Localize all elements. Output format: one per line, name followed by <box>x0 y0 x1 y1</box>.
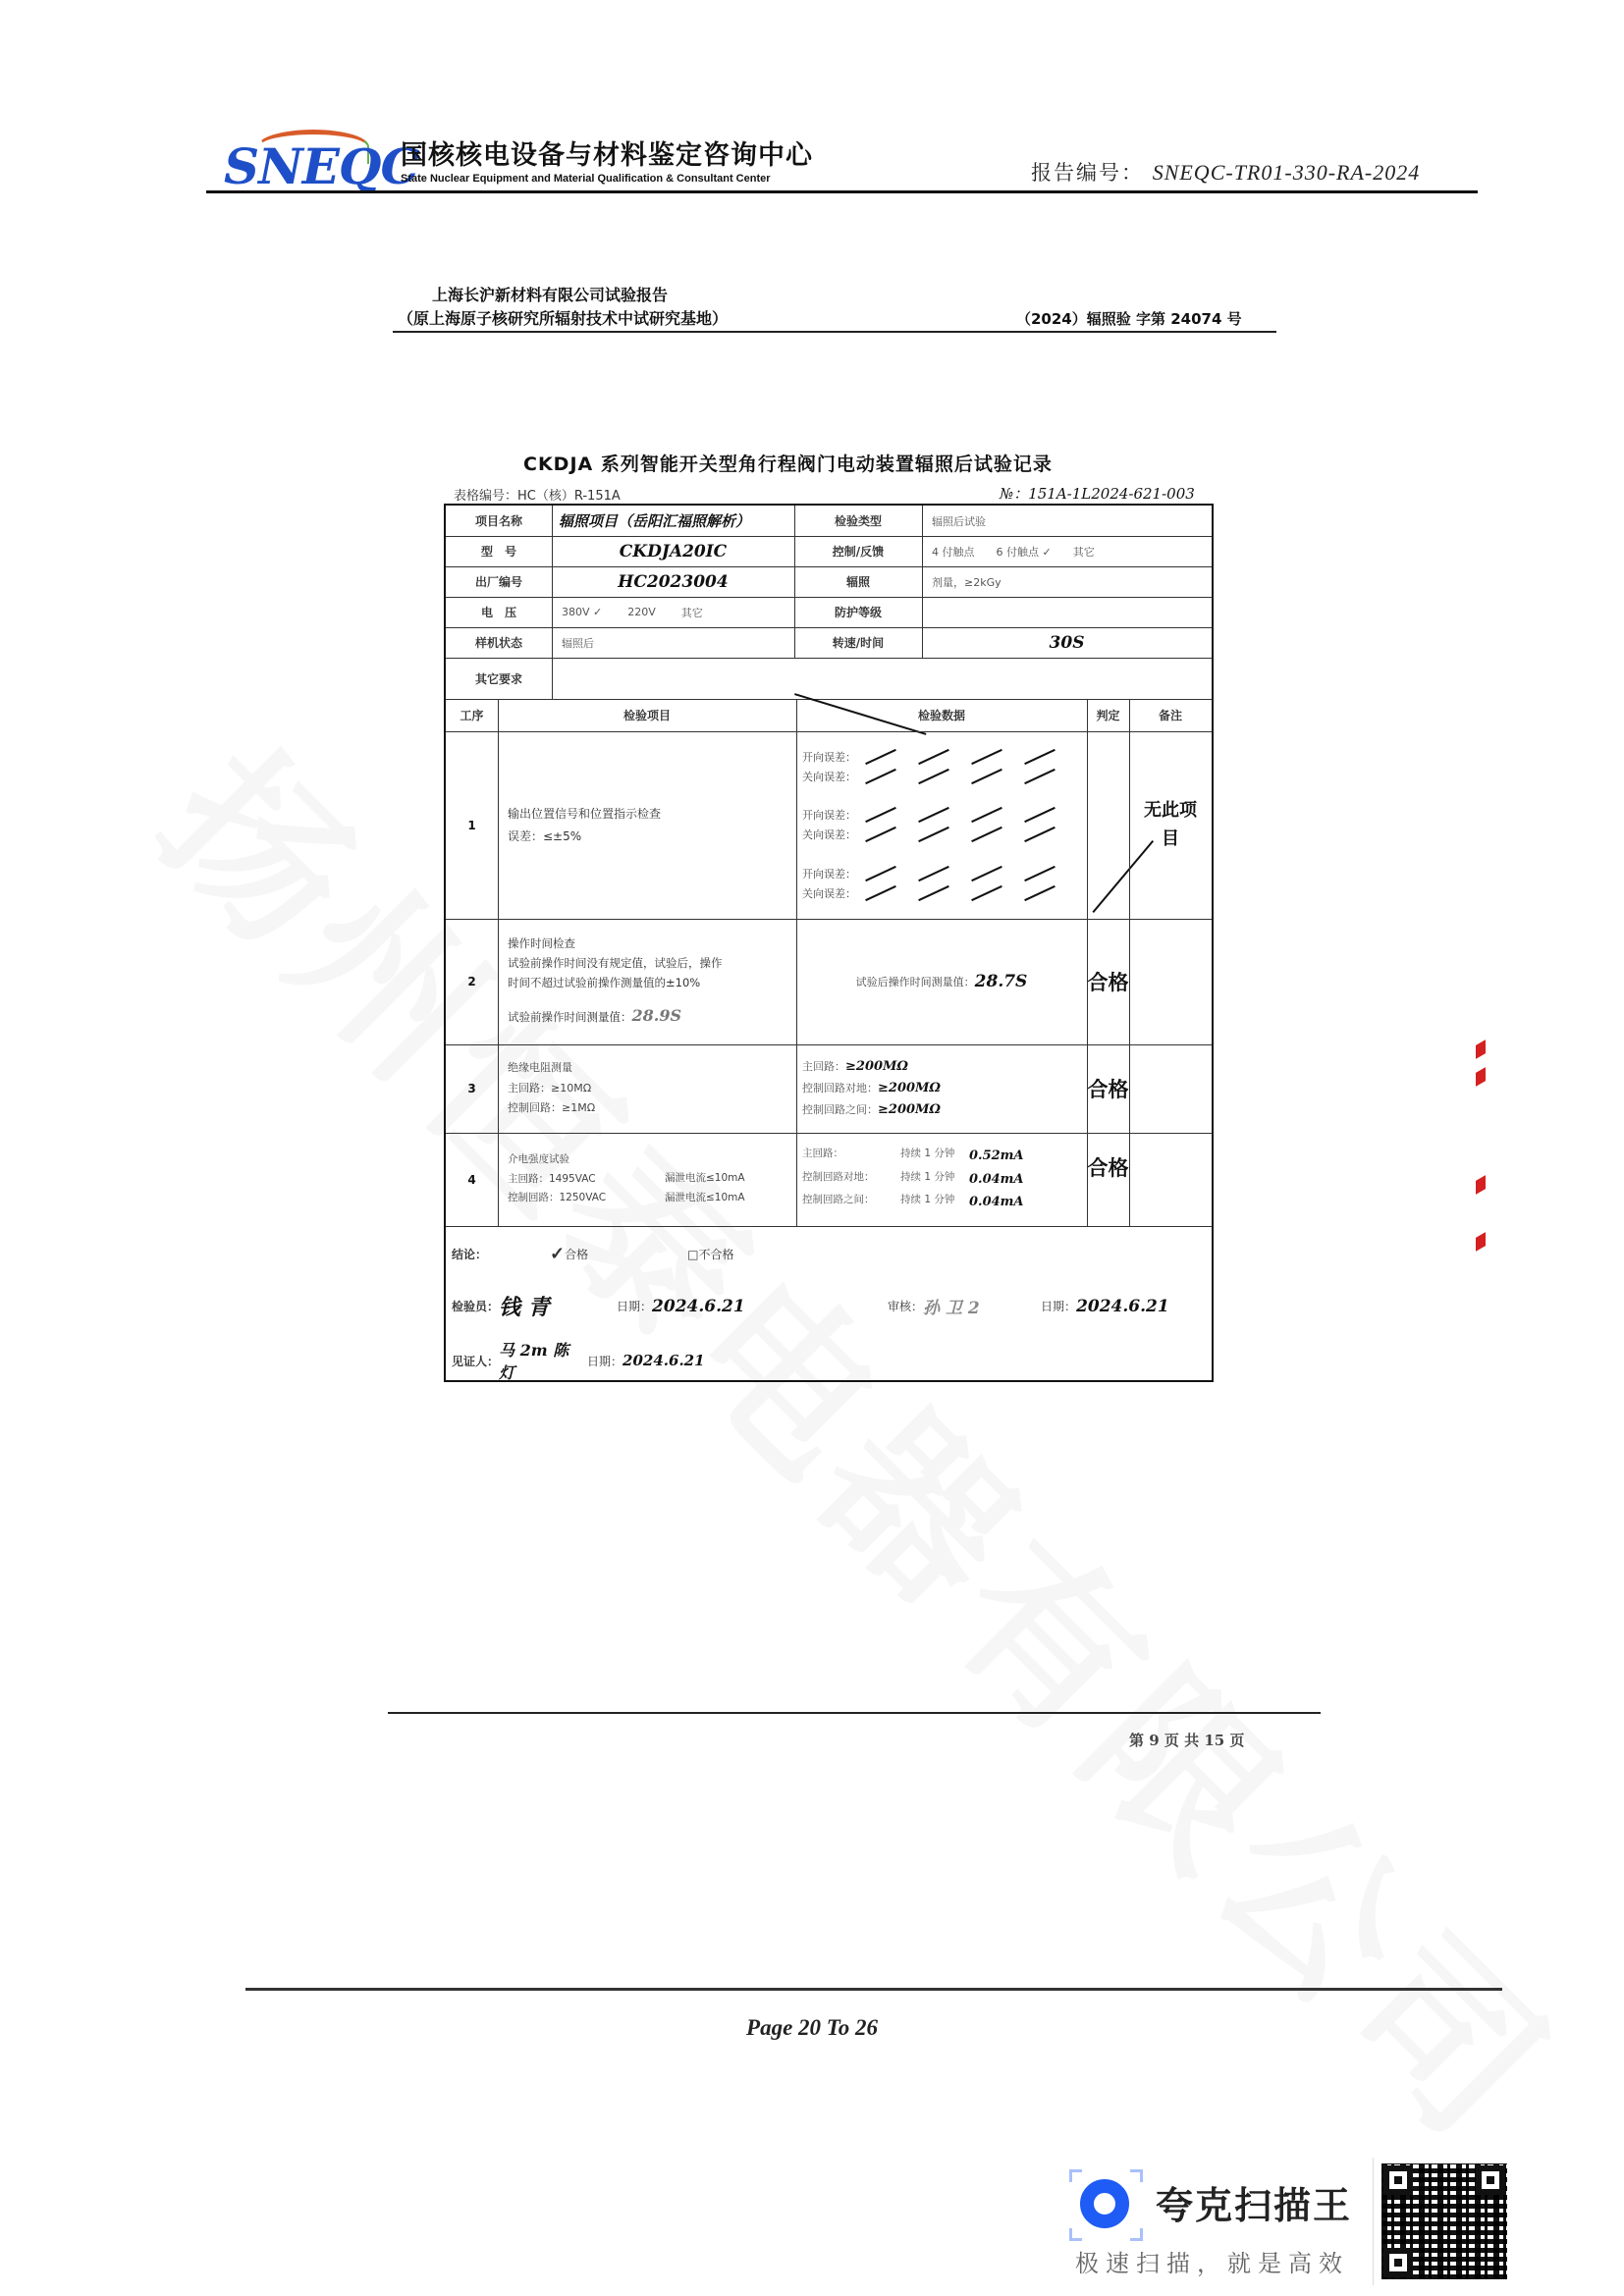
quark-logo-icon <box>1080 2179 1129 2228</box>
reviewer-signature: 孙 卫 2 <box>923 1294 1041 1318</box>
inner-page-number: 第 9 页 共 15 页 <box>1129 1730 1244 1750</box>
stamp-edge-mark <box>1476 1067 1486 1087</box>
table-row-3: 3 绝缘电阻测量 主回路：≥10MΩ 控制回路：≥1MΩ 主回路：≥200MΩ … <box>446 1044 1212 1134</box>
record-number: №：151A-1L2024-621-003 <box>1000 483 1195 504</box>
subheader-divider <box>393 331 1276 333</box>
org-name-cn: 国核核电设备与材料鉴定咨询中心 <box>401 133 813 172</box>
pre-test-time: 28.9S <box>632 1006 682 1025</box>
witness-row: 见证人： 马 2m 陈 灯 日期： 2024.6.21 <box>446 1338 1218 1383</box>
row-2-note <box>1129 919 1212 1044</box>
row-3-note <box>1129 1044 1212 1133</box>
serial-value: HC2023004 <box>552 566 794 597</box>
table-row-1: 1 输出位置信号和位置指示检查 误差：≤±5% 开向误差： 关向误差： 开向误差… <box>446 731 1212 920</box>
row-2-seq: 2 <box>446 919 498 1044</box>
row-4-item: 介电强度试验 主回路：1495VAC 控制回路：1250VAC 漏泄电流≤10m… <box>498 1133 796 1226</box>
org-name-en: State Nuclear Equipment and Material Qua… <box>401 173 771 185</box>
irradiation-value: 剂量，≥2kGy <box>932 566 1207 597</box>
control-feedback-label: 控制/反馈 <box>794 536 922 566</box>
witness-signature: 马 2m 陈 灯 <box>499 1338 587 1383</box>
control-option-6-checked: 6 付触点 ✓ <box>997 544 1052 560</box>
sample-state-value: 辐照后 <box>562 627 794 658</box>
protection-value <box>932 597 1207 627</box>
row-2-judge: 合格 <box>1087 919 1129 1044</box>
other-requirements-label: 其它要求 <box>446 658 552 699</box>
conclusion-row: 结论： ✓ 合格 □ 不合格 <box>446 1244 1218 1264</box>
row-1-item: 输出位置信号和位置指示检查 误差：≤±5% <box>498 731 796 919</box>
other-requirements-value <box>562 658 1151 699</box>
row-4-note <box>1129 1133 1212 1226</box>
qr-code-icon[interactable] <box>1381 2163 1507 2279</box>
form-title: CKDJA 系列智能开关型角行程阀门电动装置辐照后试验记录 <box>523 450 1053 476</box>
conclusion-pass-label: 合格 <box>565 1246 687 1262</box>
sneqc-logo: SNEQC <box>224 137 418 195</box>
row-3-seq: 3 <box>446 1044 498 1133</box>
report-number-label: 报告编号： <box>1031 161 1144 185</box>
inner-footer-divider <box>388 1712 1321 1714</box>
control-option-other: 其它 <box>1073 544 1095 560</box>
conclusion-label: 结论： <box>452 1246 550 1262</box>
row-1-note: 无此项目 <box>1141 731 1200 919</box>
scan-frame-icon <box>1069 2169 1082 2182</box>
post-test-time: 28.7S <box>975 972 1028 991</box>
col-header-judge: 判定 <box>1087 699 1129 731</box>
stamp-edge-mark <box>1476 1175 1486 1195</box>
witness-date: 2024.6.21 <box>623 1352 705 1369</box>
header-divider <box>206 190 1478 193</box>
voltage-220: 220V <box>627 606 656 618</box>
info-row-serial: 出厂编号 HC2023004 辐照 剂量，≥2kGy <box>446 566 1212 598</box>
row-1-seq: 1 <box>446 731 498 919</box>
scanner-app-title: 夸克扫描王 <box>1156 2175 1352 2229</box>
inspection-type-value: 辐照后试验 <box>932 506 1207 536</box>
table-row-2: 2 操作时间检查 试验前操作时间没有规定值，试验后，操作 时间不超过试验前操作测… <box>446 919 1212 1045</box>
conclusion-fail-checkbox: □ <box>687 1248 698 1261</box>
row-1-data: 开向误差： 关向误差： 开向误差： 关向误差： 开向误差： 关向误差： <box>796 731 1087 919</box>
col-header-item: 检验项目 <box>498 699 796 731</box>
inspection-type-label: 检验类型 <box>794 506 922 536</box>
model-value: CKDJA20IC <box>552 536 794 566</box>
project-name-value: 辐照项目（岳阳汇福照解析） <box>559 506 794 536</box>
stamp-edge-mark <box>1476 1040 1486 1059</box>
sample-state-label: 样机状态 <box>446 627 552 658</box>
voltage-380-checked: 380V ✓ <box>562 606 602 618</box>
inspector-date: 2024.6.21 <box>652 1297 848 1316</box>
row-4-judge: 合格 <box>1087 1133 1129 1226</box>
col-header-note: 备注 <box>1129 699 1212 731</box>
table-row-4: 4 介电强度试验 主回路：1495VAC 控制回路：1250VAC 漏泄电流≤1… <box>446 1133 1212 1227</box>
protection-label: 防护等级 <box>794 597 922 627</box>
serial-label: 出厂编号 <box>446 566 552 597</box>
stroke-time-value: 30S <box>922 627 1212 658</box>
reviewer-date: 2024.6.21 <box>1076 1297 1169 1316</box>
info-row-model: 型 号 CKDJA20IC 控制/反馈 4 付触点 6 付触点 ✓ 其它 <box>446 536 1212 567</box>
control-option-4: 4 付触点 <box>932 544 975 560</box>
row-2-data: 试验后操作时间测量值：28.7S <box>796 919 1087 1044</box>
info-row-voltage: 电 压 380V ✓ 220V 其它 防护等级 <box>446 597 1212 628</box>
conclusion-fail-label: 不合格 <box>698 1246 733 1262</box>
company-former-name: （原上海原子核研究所辐射技术中试研究基地） <box>398 306 728 329</box>
row-3-data: 主回路：≥200MΩ 控制回路对地：≥200MΩ 控制回路之间：≥200MΩ <box>796 1044 1087 1133</box>
company-name: 上海长沪新材料有限公司试验报告 <box>432 283 668 305</box>
info-row-sample-state: 样机状态 辐照后 转速/时间 30S <box>446 627 1212 659</box>
scanner-app-badge: 夸克扫描王 极速扫描，就是高效 <box>1065 2158 1517 2285</box>
row-4-seq: 4 <box>446 1133 498 1226</box>
voltage-options: 380V ✓ 220V 其它 <box>562 597 794 627</box>
form-number: 表格编号：HC（核）R-151A <box>454 485 621 504</box>
report-number-value: SNEQC-TR01-330-RA-2024 <box>1153 160 1421 185</box>
control-feedback-options: 4 付触点 6 付触点 ✓ 其它 <box>932 536 1207 566</box>
test-reference: （2024）辐照验 字第 24074 号 <box>1016 308 1242 329</box>
model-label: 型 号 <box>446 536 552 566</box>
outer-footer-divider <box>245 1988 1502 1991</box>
project-name-label: 项目名称 <box>446 506 552 536</box>
test-record-table: 项目名称 辐照项目（岳阳汇福照解析） 检验类型 辐照后试验 型 号 CKDJA2… <box>444 504 1214 1382</box>
conclusion-pass-checkbox: ✓ <box>550 1244 565 1264</box>
col-header-data: 检验数据 <box>796 699 1087 731</box>
stroke-time-label: 转速/时间 <box>794 627 922 658</box>
results-header-row: 工序 检验项目 检验数据 判定 备注 <box>446 699 1212 732</box>
col-header-seq: 工序 <box>446 699 498 731</box>
info-row-other: 其它要求 <box>446 658 1212 700</box>
inspector-signature: 钱 青 <box>499 1291 617 1321</box>
report-number: 报告编号： SNEQC-TR01-330-RA-2024 <box>1031 157 1420 187</box>
outer-page-number: Page 20 To 26 <box>0 2015 1624 2041</box>
row-3-judge: 合格 <box>1087 1044 1129 1133</box>
voltage-other: 其它 <box>681 605 703 620</box>
stamp-edge-mark <box>1476 1232 1486 1252</box>
row-2-item: 操作时间检查 试验前操作时间没有规定值，试验后，操作 时间不超过试验前操作测量值… <box>498 919 796 1044</box>
voltage-label: 电 压 <box>446 597 552 627</box>
row-4-data: 主回路：持续 1 分钟0.52mA 控制回路对地：持续 1 分钟0.04mA 控… <box>796 1133 1087 1226</box>
row-3-item: 绝缘电阻测量 主回路：≥10MΩ 控制回路：≥1MΩ <box>498 1044 796 1133</box>
info-row-project: 项目名称 辐照项目（岳阳汇福照解析） 检验类型 辐照后试验 <box>446 506 1212 537</box>
inspector-row: 检验员： 钱 青 日期： 2024.6.21 审核： 孙 卫 2 日期： 202… <box>446 1291 1218 1321</box>
scanner-app-slogan: 极速扫描，就是高效 <box>1075 2244 1349 2278</box>
irradiation-label: 辐照 <box>794 566 922 597</box>
